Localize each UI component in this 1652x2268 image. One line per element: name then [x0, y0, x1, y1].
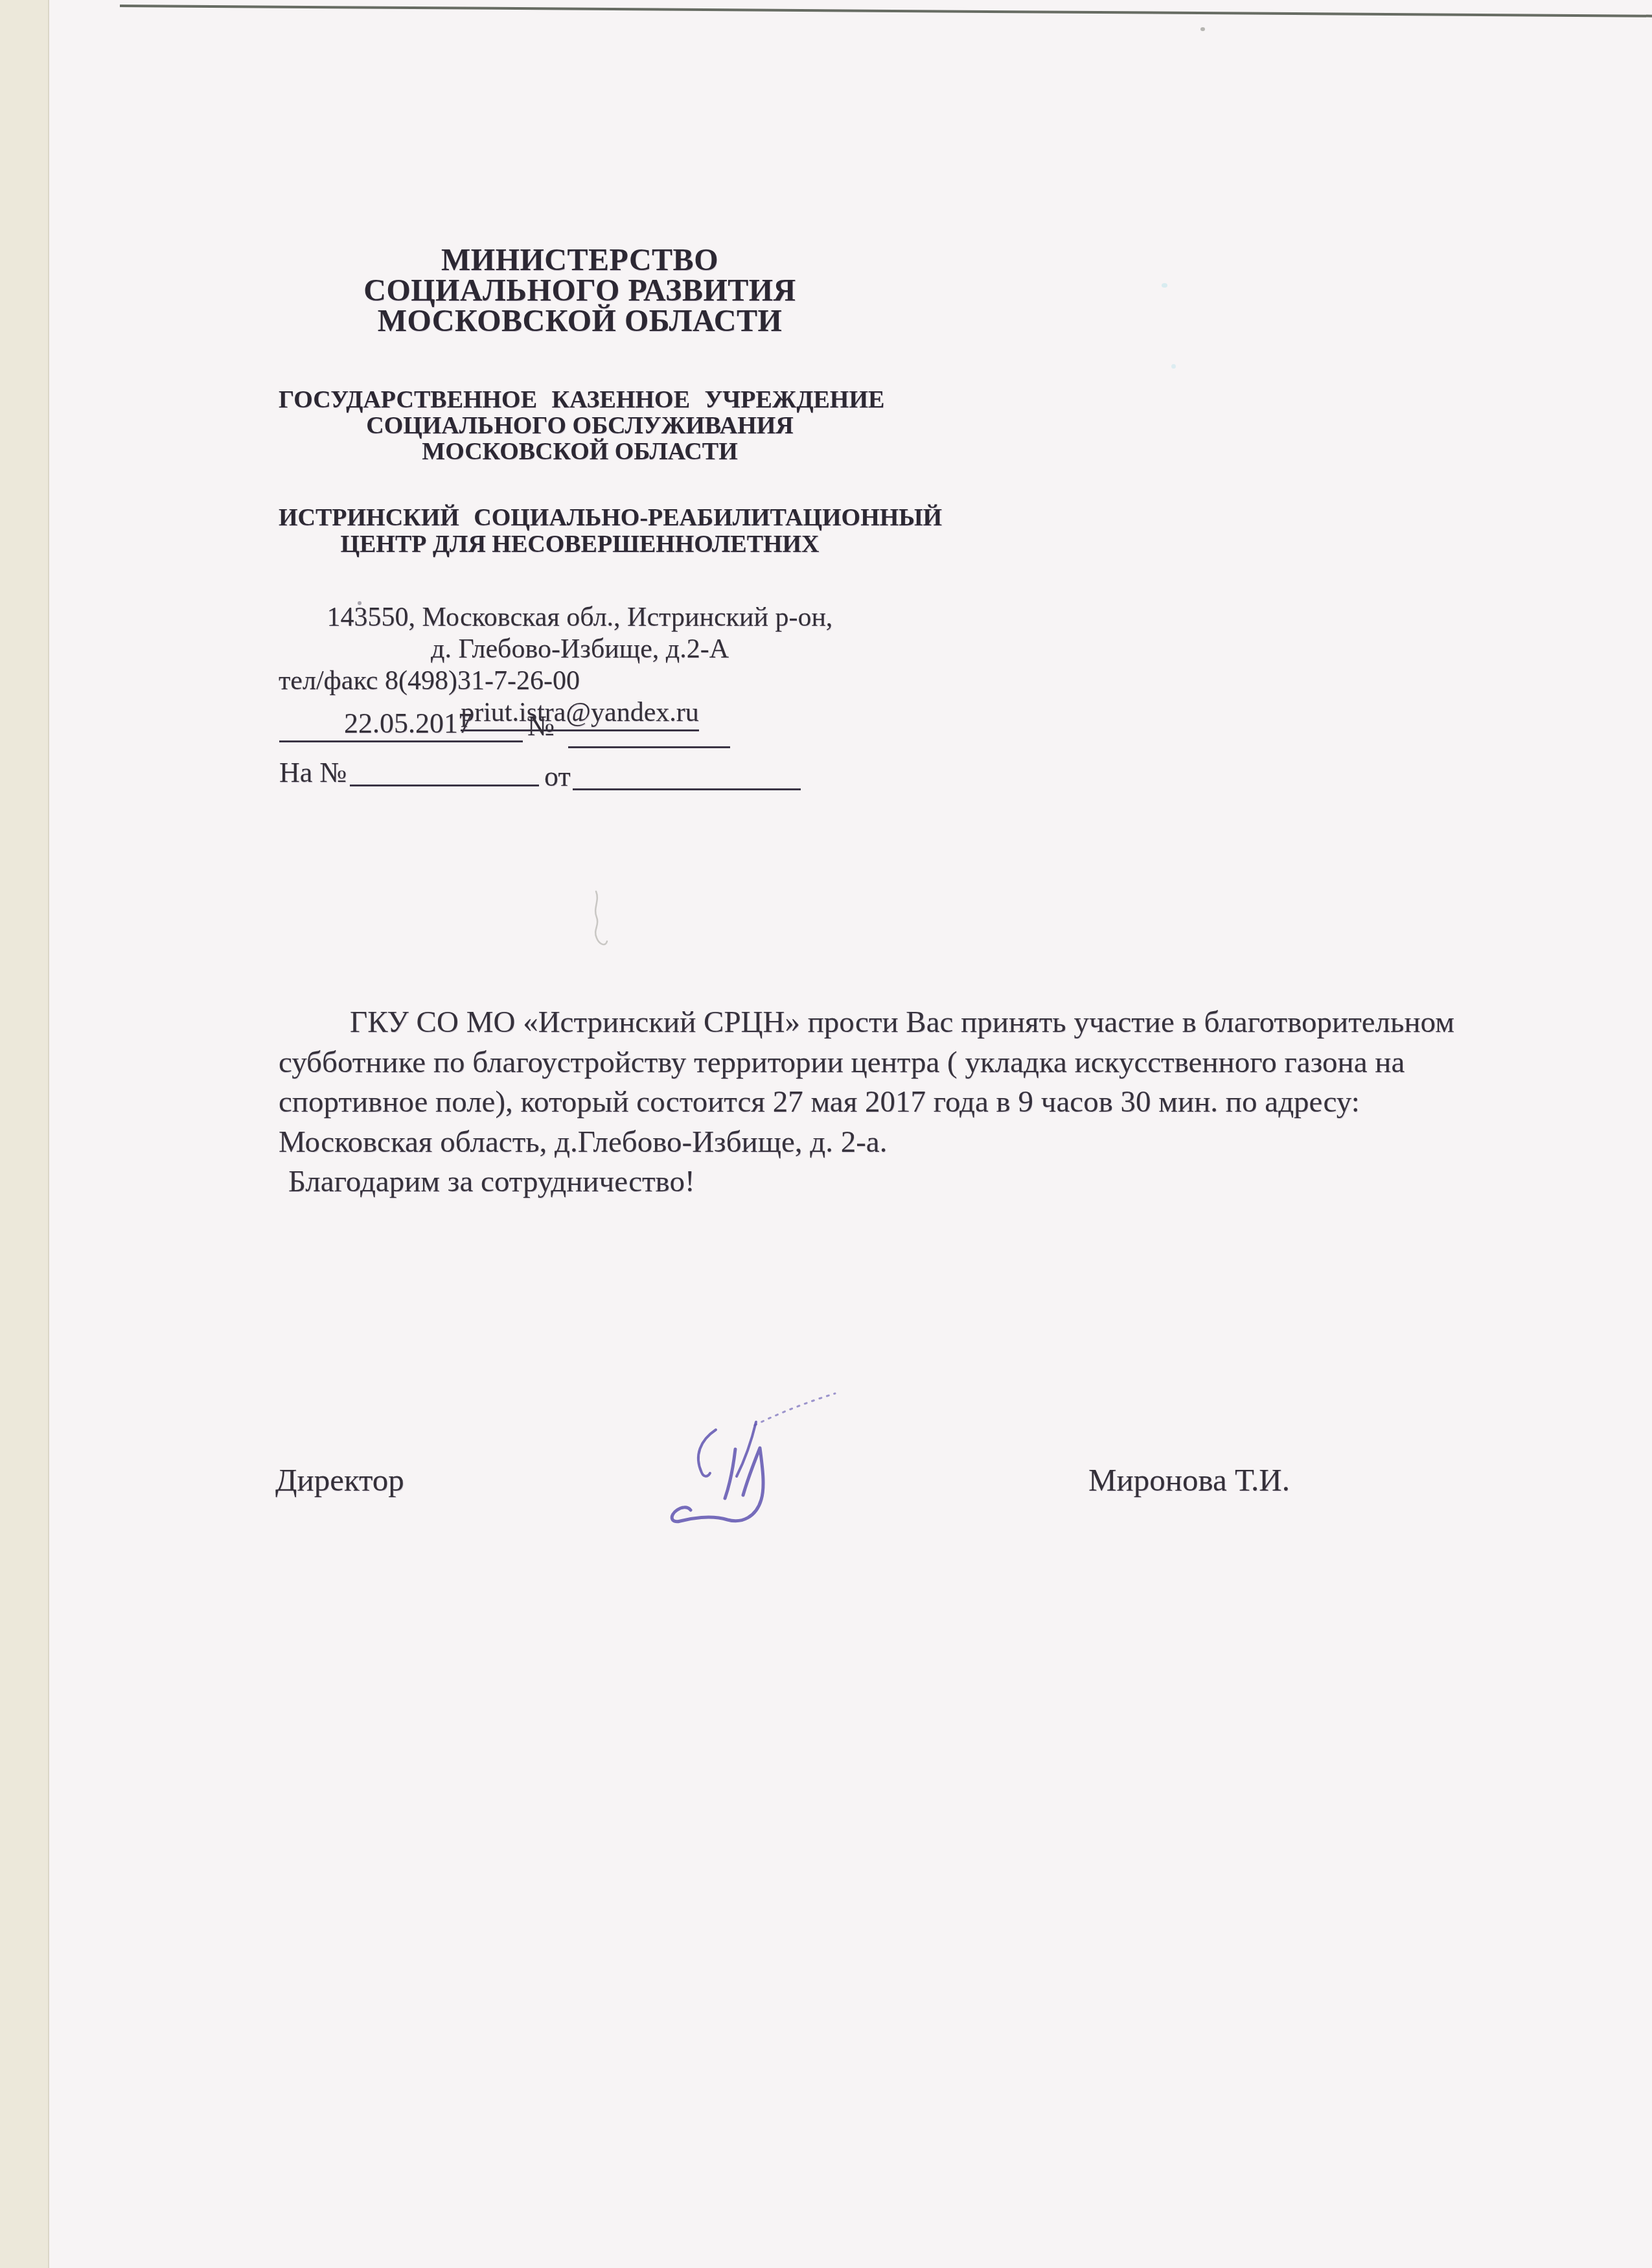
body-line: Благодарим за сотрудничество!	[279, 1162, 1454, 1202]
reply-from-underline	[573, 788, 801, 790]
number-underline	[568, 746, 730, 748]
handwritten-signature	[651, 1370, 858, 1564]
signer-title: Директор	[275, 1461, 404, 1498]
scanned-letter-page: МИНИСТЕРСТВО СОЦИАЛЬНОГО РАЗВИТИЯ МОСКОВ…	[0, 0, 1652, 2268]
reply-number-label: На №	[279, 758, 347, 788]
scan-hair-artifact	[577, 889, 622, 960]
body-line: Московская область, д.Глебово-Избище, д.…	[279, 1123, 1454, 1163]
ministry-line: СОЦИАЛЬНОГО РАЗВИТИЯ	[279, 275, 881, 306]
email-address: priut.istra@yandex.ru	[461, 697, 699, 731]
center-name-line: ЦЕНТР ДЛЯ НЕСОВЕРШЕННОЛЕТНИХ	[279, 531, 881, 558]
institution-line: МОСКОВСКОЙ ОБЛАСТИ	[279, 439, 881, 464]
reply-from-label: от	[544, 762, 571, 792]
body-line: субботнике по благоустройству территории…	[279, 1043, 1454, 1083]
address-line: д. Глебово-Избище, д.2-А	[279, 634, 881, 665]
institution-line: СОЦИАЛЬНОГО ОБСЛУЖИВАНИЯ	[279, 413, 881, 439]
signer-name: Миронова Т.И.	[1088, 1461, 1290, 1498]
address-line: 143550, Московская обл., Истринский р-он…	[279, 602, 881, 634]
reply-number-underline	[350, 785, 539, 786]
letter-date: 22.05.2017	[344, 709, 472, 739]
letter-body: ГКУ СО МО «Истринский СРЦН» прости Вас п…	[279, 1003, 1454, 1202]
center-name-line: ИСТРИНСКИЙ СОЦИАЛЬНО-РЕАБИЛИТАЦИОННЫЙ	[279, 505, 881, 531]
institution-name: ГОСУДАРСТВЕННОЕ КАЗЕННОЕ УЧРЕЖДЕНИЕ СОЦИ…	[279, 387, 881, 464]
scan-speck	[1162, 283, 1167, 288]
body-line: спортивное поле), который состоится 27 м…	[279, 1082, 1454, 1123]
scan-top-edge-line	[120, 5, 1652, 17]
ministry-line: МИНИСТЕРСТВО	[279, 245, 881, 275]
ministry-name: МИНИСТЕРСТВО СОЦИАЛЬНОГО РАЗВИТИЯ МОСКОВ…	[279, 245, 881, 336]
center-name: ИСТРИНСКИЙ СОЦИАЛЬНО-РЕАБИЛИТАЦИОННЫЙ ЦЕ…	[279, 505, 881, 558]
scan-speck	[1171, 364, 1176, 369]
number-sign: №	[527, 711, 555, 741]
body-line: ГКУ СО МО «Истринский СРЦН» прости Вас п…	[279, 1003, 1454, 1043]
scan-edge-strip	[0, 0, 49, 2268]
scan-speck	[1200, 27, 1205, 31]
phone-fax-line: тел/факс 8(498)31-7-26-00	[279, 665, 881, 697]
institution-line: ГОСУДАРСТВЕННОЕ КАЗЕННОЕ УЧРЕЖДЕНИЕ	[279, 387, 881, 413]
letterhead: МИНИСТЕРСТВО СОЦИАЛЬНОГО РАЗВИТИЯ МОСКОВ…	[279, 245, 881, 731]
date-underline	[279, 740, 523, 742]
ministry-line: МОСКОВСКОЙ ОБЛАСТИ	[279, 306, 881, 336]
